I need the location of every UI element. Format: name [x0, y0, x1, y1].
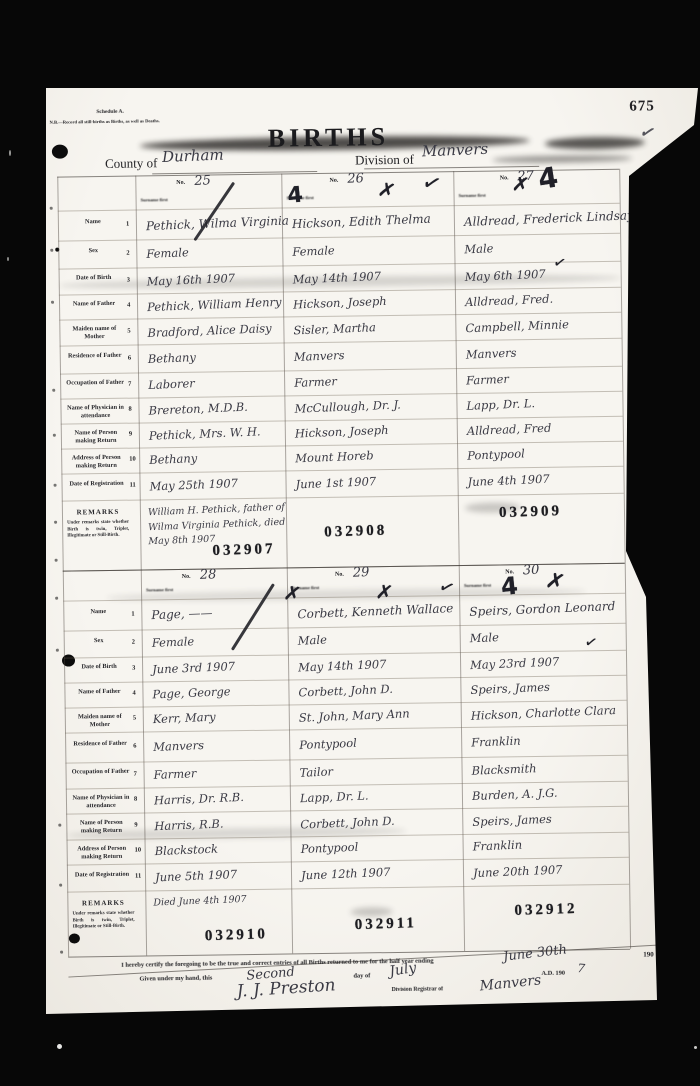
- row-label-name-of-physician-in-attendance: Name of Physician in attendance: [69, 793, 133, 810]
- row-number: 5: [127, 327, 130, 334]
- cell-address-29: Pontypool: [300, 840, 358, 856]
- row-number: 10: [135, 847, 142, 854]
- cell-dob-25: May 16th 1907: [146, 271, 235, 289]
- registration-stamp-032907: 032907: [212, 541, 276, 560]
- row-label-maiden-name-of-mother: Maiden name of Mother: [68, 712, 132, 729]
- check-mark: ✓: [551, 252, 568, 273]
- table-top-rule: [63, 563, 625, 572]
- margin-dot: [59, 884, 62, 887]
- cell-occupation-30: Blacksmith: [471, 761, 536, 778]
- film-speck: [57, 1044, 62, 1049]
- check-mark: ✓: [419, 169, 445, 199]
- cell-name-25: Pethick, Wilma Virginia: [146, 213, 284, 233]
- column-number-hand: 26: [347, 171, 364, 187]
- cell-physician-29: Lapp, Dr. L.: [300, 788, 369, 805]
- numeral-4-mark: 4: [286, 183, 304, 209]
- certification-year-print: 190: [643, 950, 654, 958]
- row-label-address-of-person-making-return: Address of Person making Return: [64, 453, 128, 470]
- margin-dot: [52, 389, 55, 392]
- row-rule: [67, 884, 629, 893]
- row-number: 5: [133, 715, 136, 722]
- cell-address-25: Bethany: [149, 451, 198, 467]
- certification-ad-hand: 7: [577, 961, 586, 976]
- column-note: Surname first: [141, 197, 168, 202]
- certification-year-hand: 7: [661, 944, 670, 959]
- page-title: BIRTHS: [268, 122, 390, 154]
- division-label: Division of: [355, 152, 414, 169]
- row-label-maiden-name-of-mother: Maiden name of Mother: [62, 325, 126, 342]
- cell-physician-25: Brereton, M.D.B.: [148, 400, 248, 418]
- cell-occupation-26: Farmer: [294, 374, 337, 390]
- cell-sex-28: Female: [151, 634, 194, 650]
- registrar-label: Division Registrar of: [392, 986, 444, 993]
- column-note: Surname first: [146, 587, 173, 592]
- row-rule: [65, 755, 627, 764]
- row-number: 3: [127, 276, 130, 283]
- cell-person-25: Pethick, Mrs. W. H.: [149, 424, 261, 442]
- column-number-label: No.: [500, 175, 509, 181]
- row-label-name-of-physician-in-attendance: Name of Physician in attendance: [63, 403, 127, 420]
- margin-dot: [50, 207, 53, 210]
- remarks-note: Under remarks state whether Birth is twi…: [67, 520, 129, 541]
- column-note: Surname first: [464, 583, 491, 588]
- margin-dot: [56, 649, 59, 652]
- cell-physician-30: Burden, A. J.G.: [472, 786, 558, 803]
- remarks-text-25: Wilma Virginia Pethick, died: [148, 517, 285, 533]
- cell-residence-28: Manvers: [153, 737, 204, 753]
- row-number: 8: [128, 406, 131, 413]
- row-rule: [64, 623, 626, 632]
- certification-line1: I hereby certify the foregoing to be the…: [121, 956, 551, 969]
- cell-father-27: Alldread, Fred.: [465, 292, 554, 310]
- cell-person-26: Hickson, Joseph: [295, 423, 389, 441]
- cell-person-28: Harris, R.B.: [154, 816, 224, 833]
- column-number-label: No.: [335, 572, 344, 578]
- page-number: 675: [629, 98, 655, 115]
- cell-sex-25: Female: [146, 245, 189, 261]
- cell-father-25: Pethick, William Henry: [147, 295, 282, 314]
- column-note: Surname first: [459, 193, 486, 198]
- x-mark: ✗: [282, 580, 303, 607]
- ink-smudge: [492, 155, 632, 164]
- table-header-rule: [58, 203, 620, 212]
- row-number: 1: [131, 610, 134, 617]
- registration-stamp-032911: 032911: [354, 915, 417, 934]
- row-label-name-of-person-making-return: Name of Person making Return: [69, 819, 133, 836]
- row-label-residence-of-father: Residence of Father: [63, 352, 127, 361]
- cell-dob-28: June 3rd 1907: [152, 659, 235, 676]
- certification-month-hand: July: [388, 960, 417, 980]
- row-number: 4: [132, 690, 135, 697]
- cell-father-26: Hickson, Joseph: [293, 294, 387, 312]
- column-number-hand: 30: [523, 563, 540, 579]
- column-number-label: No.: [182, 574, 191, 580]
- row-label-sex: Sex: [67, 636, 131, 645]
- row-number: 4: [127, 302, 130, 309]
- row-number: 9: [129, 431, 132, 438]
- cell-name-28: Page, ——: [151, 605, 213, 621]
- schedule-note: N.B.—Record all still-births as Births, …: [49, 118, 179, 126]
- margin-dot: [51, 301, 54, 304]
- cell-sex-27: Male: [464, 241, 494, 256]
- row-number: 6: [133, 742, 136, 749]
- cell-physician-27: Lapp, Dr. L.: [466, 396, 535, 413]
- row-number: 3: [132, 665, 135, 672]
- column-number-hand: 29: [353, 565, 370, 581]
- cell-mother-28: Kerr, Mary: [153, 710, 216, 727]
- ink-blob: [69, 933, 80, 943]
- column-number-hand: 28: [199, 567, 216, 583]
- row-number: 2: [132, 639, 135, 646]
- cell-mother-25: Bradford, Alice Daisy: [147, 321, 272, 340]
- row-label-address-of-person-making-return: Address of Person making Return: [70, 844, 134, 861]
- document-page: 675 ✓ Schedule A. N.B.—Record all still-…: [46, 88, 698, 1014]
- cell-mother-27: Campbell, Minnie: [465, 317, 569, 335]
- row-rule: [60, 391, 622, 400]
- cell-registered-28: June 5th 1907: [155, 867, 238, 884]
- cell-registered-26: June 1st 1907: [295, 474, 376, 491]
- row-label-name: Name: [61, 218, 125, 227]
- cell-occupation-28: Farmer: [153, 766, 196, 782]
- remarks-label: REMARKS: [67, 508, 129, 518]
- margin-dot: [58, 824, 61, 827]
- cell-father-28: Page, George: [152, 684, 231, 701]
- cell-mother-29: St. John, Mary Ann: [299, 706, 410, 724]
- cell-residence-27: Manvers: [465, 345, 516, 361]
- row-rule: [60, 338, 622, 347]
- cell-physician-28: Harris, Dr. R.B.: [154, 790, 244, 808]
- remarks-note: Under remarks state whether Birth is twi…: [73, 911, 135, 932]
- x-mark: ✗: [374, 579, 394, 605]
- row-label-date-of-registration: Date of Registration: [64, 479, 128, 488]
- schedule-label: Schedule A.: [96, 109, 124, 115]
- registration-stamp-032909: 032909: [499, 503, 563, 522]
- cell-sex-30: Male: [469, 630, 499, 645]
- cell-name-30: Speirs, Gordon Leonard: [469, 598, 615, 618]
- film-speck: [9, 150, 11, 156]
- cell-occupation-27: Farmer: [466, 372, 509, 388]
- row-label-date-of-birth: Date of Birth: [62, 274, 126, 283]
- cell-registered-27: June 4th 1907: [467, 472, 550, 489]
- registration-stamp-032910: 032910: [205, 926, 269, 945]
- cell-mother-26: Sisler, Martha: [293, 320, 376, 337]
- x-mark: ✗: [376, 176, 398, 203]
- remarks-label: REMARKS: [72, 899, 134, 909]
- numeral-4-mark: 4: [536, 160, 560, 196]
- row-rule: [58, 233, 620, 242]
- cell-residence-25: Bethany: [148, 350, 197, 366]
- cell-name-26: Hickson, Edith Thelma: [292, 211, 431, 231]
- margin-dot: [60, 951, 63, 954]
- registration-stamp-032908: 032908: [324, 523, 388, 542]
- margin-dot: [53, 434, 56, 437]
- row-number: 10: [129, 456, 136, 463]
- row-rule: [61, 441, 623, 450]
- row-label-occupation-of-father: Occupation of Father: [69, 768, 133, 777]
- margin-dot: [55, 559, 58, 562]
- cell-occupation-29: Tailor: [299, 764, 333, 779]
- column-number-label: No.: [329, 178, 338, 184]
- margin-dot: [50, 249, 53, 252]
- county-label: County of: [105, 155, 158, 172]
- column-number-hand: 25: [194, 173, 211, 189]
- row-label-name-of-father: Name of Father: [62, 299, 126, 308]
- cell-name-27: Alldread, Frederick Lindsay: [464, 208, 622, 228]
- cell-dob-30: May 23rd 1907: [470, 655, 560, 673]
- x-mark: ✗: [511, 171, 531, 197]
- row-label-date-of-birth: Date of Birth: [67, 662, 131, 671]
- cell-dob-27: May 6th 1907: [464, 266, 546, 283]
- cell-occupation-25: Laborer: [148, 376, 195, 392]
- cell-name-29: Corbett, Kenneth Wallace: [297, 601, 453, 621]
- registrar-division-hand: Manvers: [479, 972, 542, 994]
- cell-mother-30: Hickson, Charlotte Clara: [471, 703, 617, 723]
- registration-stamp-032912: 032912: [514, 901, 578, 920]
- certification-line2: Given under my hand, this: [139, 975, 212, 983]
- row-label-name-of-father: Name of Father: [67, 687, 131, 696]
- cell-residence-26: Manvers: [294, 347, 345, 363]
- row-number: 9: [134, 821, 137, 828]
- pen-slash-mark: [193, 182, 235, 242]
- row-number: 6: [128, 354, 131, 361]
- cell-person-30: Speirs, James: [472, 811, 552, 828]
- certification-ad-print: A.D. 190: [541, 970, 565, 977]
- ink-blob: [52, 144, 68, 158]
- row-label-name-of-person-making-return: Name of Person making Return: [64, 428, 128, 445]
- cell-registered-29: June 12th 1907: [301, 865, 391, 883]
- row-label-residence-of-father: Residence of Father: [68, 740, 132, 749]
- cell-residence-30: Franklin: [471, 733, 521, 749]
- row-label-date-of-registration: Date of Registration: [70, 870, 134, 879]
- row-number: 1: [126, 220, 129, 227]
- county-value: Durham: [162, 146, 224, 166]
- row-rule: [65, 725, 627, 734]
- cell-physician-26: McCullough, Dr. J.: [294, 397, 401, 415]
- row-number: 8: [134, 796, 137, 803]
- row-number: 2: [126, 249, 129, 256]
- ink-smudge: [545, 136, 645, 149]
- cell-address-27: Pontypool: [467, 446, 525, 462]
- film-speck: [694, 1046, 697, 1049]
- cell-registered-25: May 25th 1907: [149, 476, 238, 494]
- cell-residence-29: Pontypool: [299, 735, 357, 751]
- film-background: 675 ✓ Schedule A. N.B.—Record all still-…: [0, 0, 700, 1086]
- remarks-text-25: William H. Pethick, father of: [148, 502, 285, 518]
- cell-address-26: Mount Horeb: [295, 448, 374, 465]
- row-number: 11: [130, 482, 136, 489]
- division-value: Manvers: [422, 140, 489, 161]
- page-content: 675 ✓ Schedule A. N.B.—Record all still-…: [39, 80, 700, 1015]
- margin-dot: [55, 597, 58, 600]
- cell-father-29: Corbett, John D.: [298, 682, 393, 700]
- film-speck: [7, 257, 9, 261]
- row-rule: [60, 366, 622, 375]
- margin-dot: [54, 521, 57, 524]
- numeral-4-mark: 4: [500, 572, 519, 602]
- row-rule: [62, 493, 624, 502]
- row-number: 7: [128, 381, 131, 388]
- remarks-text-25: May 8th 1907: [148, 534, 215, 548]
- row-number: 7: [134, 770, 137, 777]
- cell-dob-26: May 14th 1907: [292, 268, 381, 286]
- row-label-sex: Sex: [61, 247, 125, 256]
- cell-person-27: Alldread, Fred: [467, 421, 552, 438]
- cell-sex-29: Male: [297, 633, 327, 648]
- cell-registered-30: June 20th 1907: [473, 862, 563, 880]
- row-label-occupation-of-father: Occupation of Father: [63, 378, 127, 387]
- margin-dot: [54, 484, 57, 487]
- cell-address-28: Blackstock: [154, 842, 218, 859]
- cell-sex-26: Female: [292, 243, 335, 259]
- row-label-name: Name: [66, 608, 130, 617]
- remarks-text-28: Died June 4th 1907: [153, 894, 247, 909]
- cell-father-30: Speirs, James: [470, 680, 550, 697]
- column-number-label: No.: [176, 180, 185, 186]
- cell-address-30: Franklin: [472, 838, 522, 854]
- certification-dayof-label: day of: [353, 972, 370, 979]
- row-number: 11: [135, 873, 141, 880]
- cell-dob-29: May 14th 1907: [298, 657, 387, 675]
